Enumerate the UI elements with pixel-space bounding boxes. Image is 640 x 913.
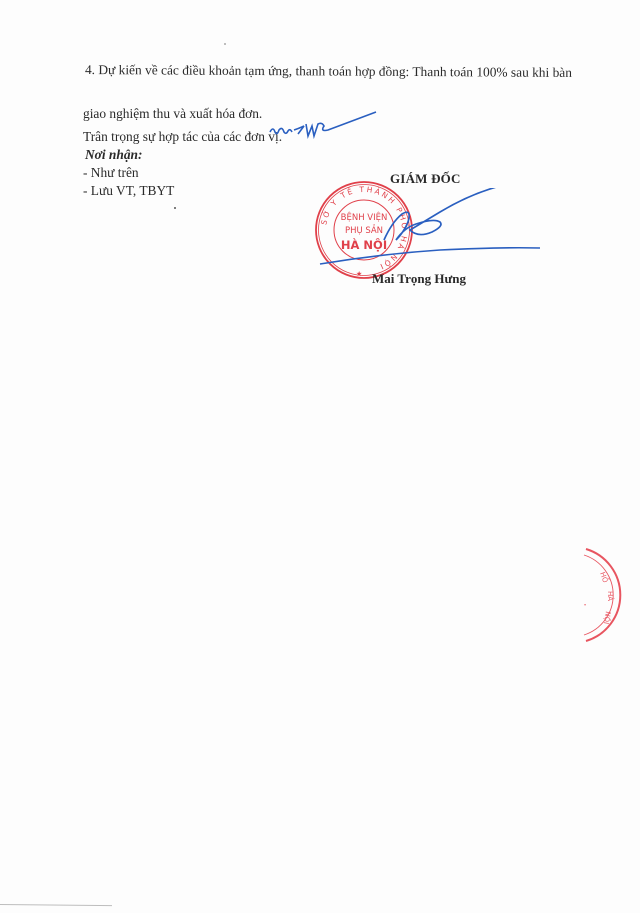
speck [174, 207, 176, 209]
svg-text:•: • [584, 603, 586, 609]
signer-name: Mai Trọng Hưng [372, 272, 466, 285]
initials-signature [268, 110, 378, 140]
director-signature [318, 188, 543, 270]
document-page: 4. Dự kiến về các điều khoản tạm ứng, th… [0, 0, 640, 913]
closing-text: Trân trọng sự hợp tác của các đơn vị. [83, 130, 282, 143]
scan-edge-line [0, 904, 112, 906]
partial-seal: HỒ HÀ NỘI • [556, 545, 640, 645]
recipient-item: - Lưu VT, TBYT [83, 184, 174, 197]
speck [224, 43, 226, 45]
payment-terms-line-2: giao nghiệm thu và xuất hóa đơn. [83, 107, 262, 120]
payment-terms-line-1: 4. Dự kiến về các điều khoản tạm ứng, th… [85, 63, 572, 79]
recipients-title: Nơi nhận: [85, 148, 142, 161]
svg-text:★: ★ [356, 270, 362, 278]
svg-text:HÀ: HÀ [606, 591, 615, 601]
recipient-item: - Như trên [83, 166, 139, 179]
